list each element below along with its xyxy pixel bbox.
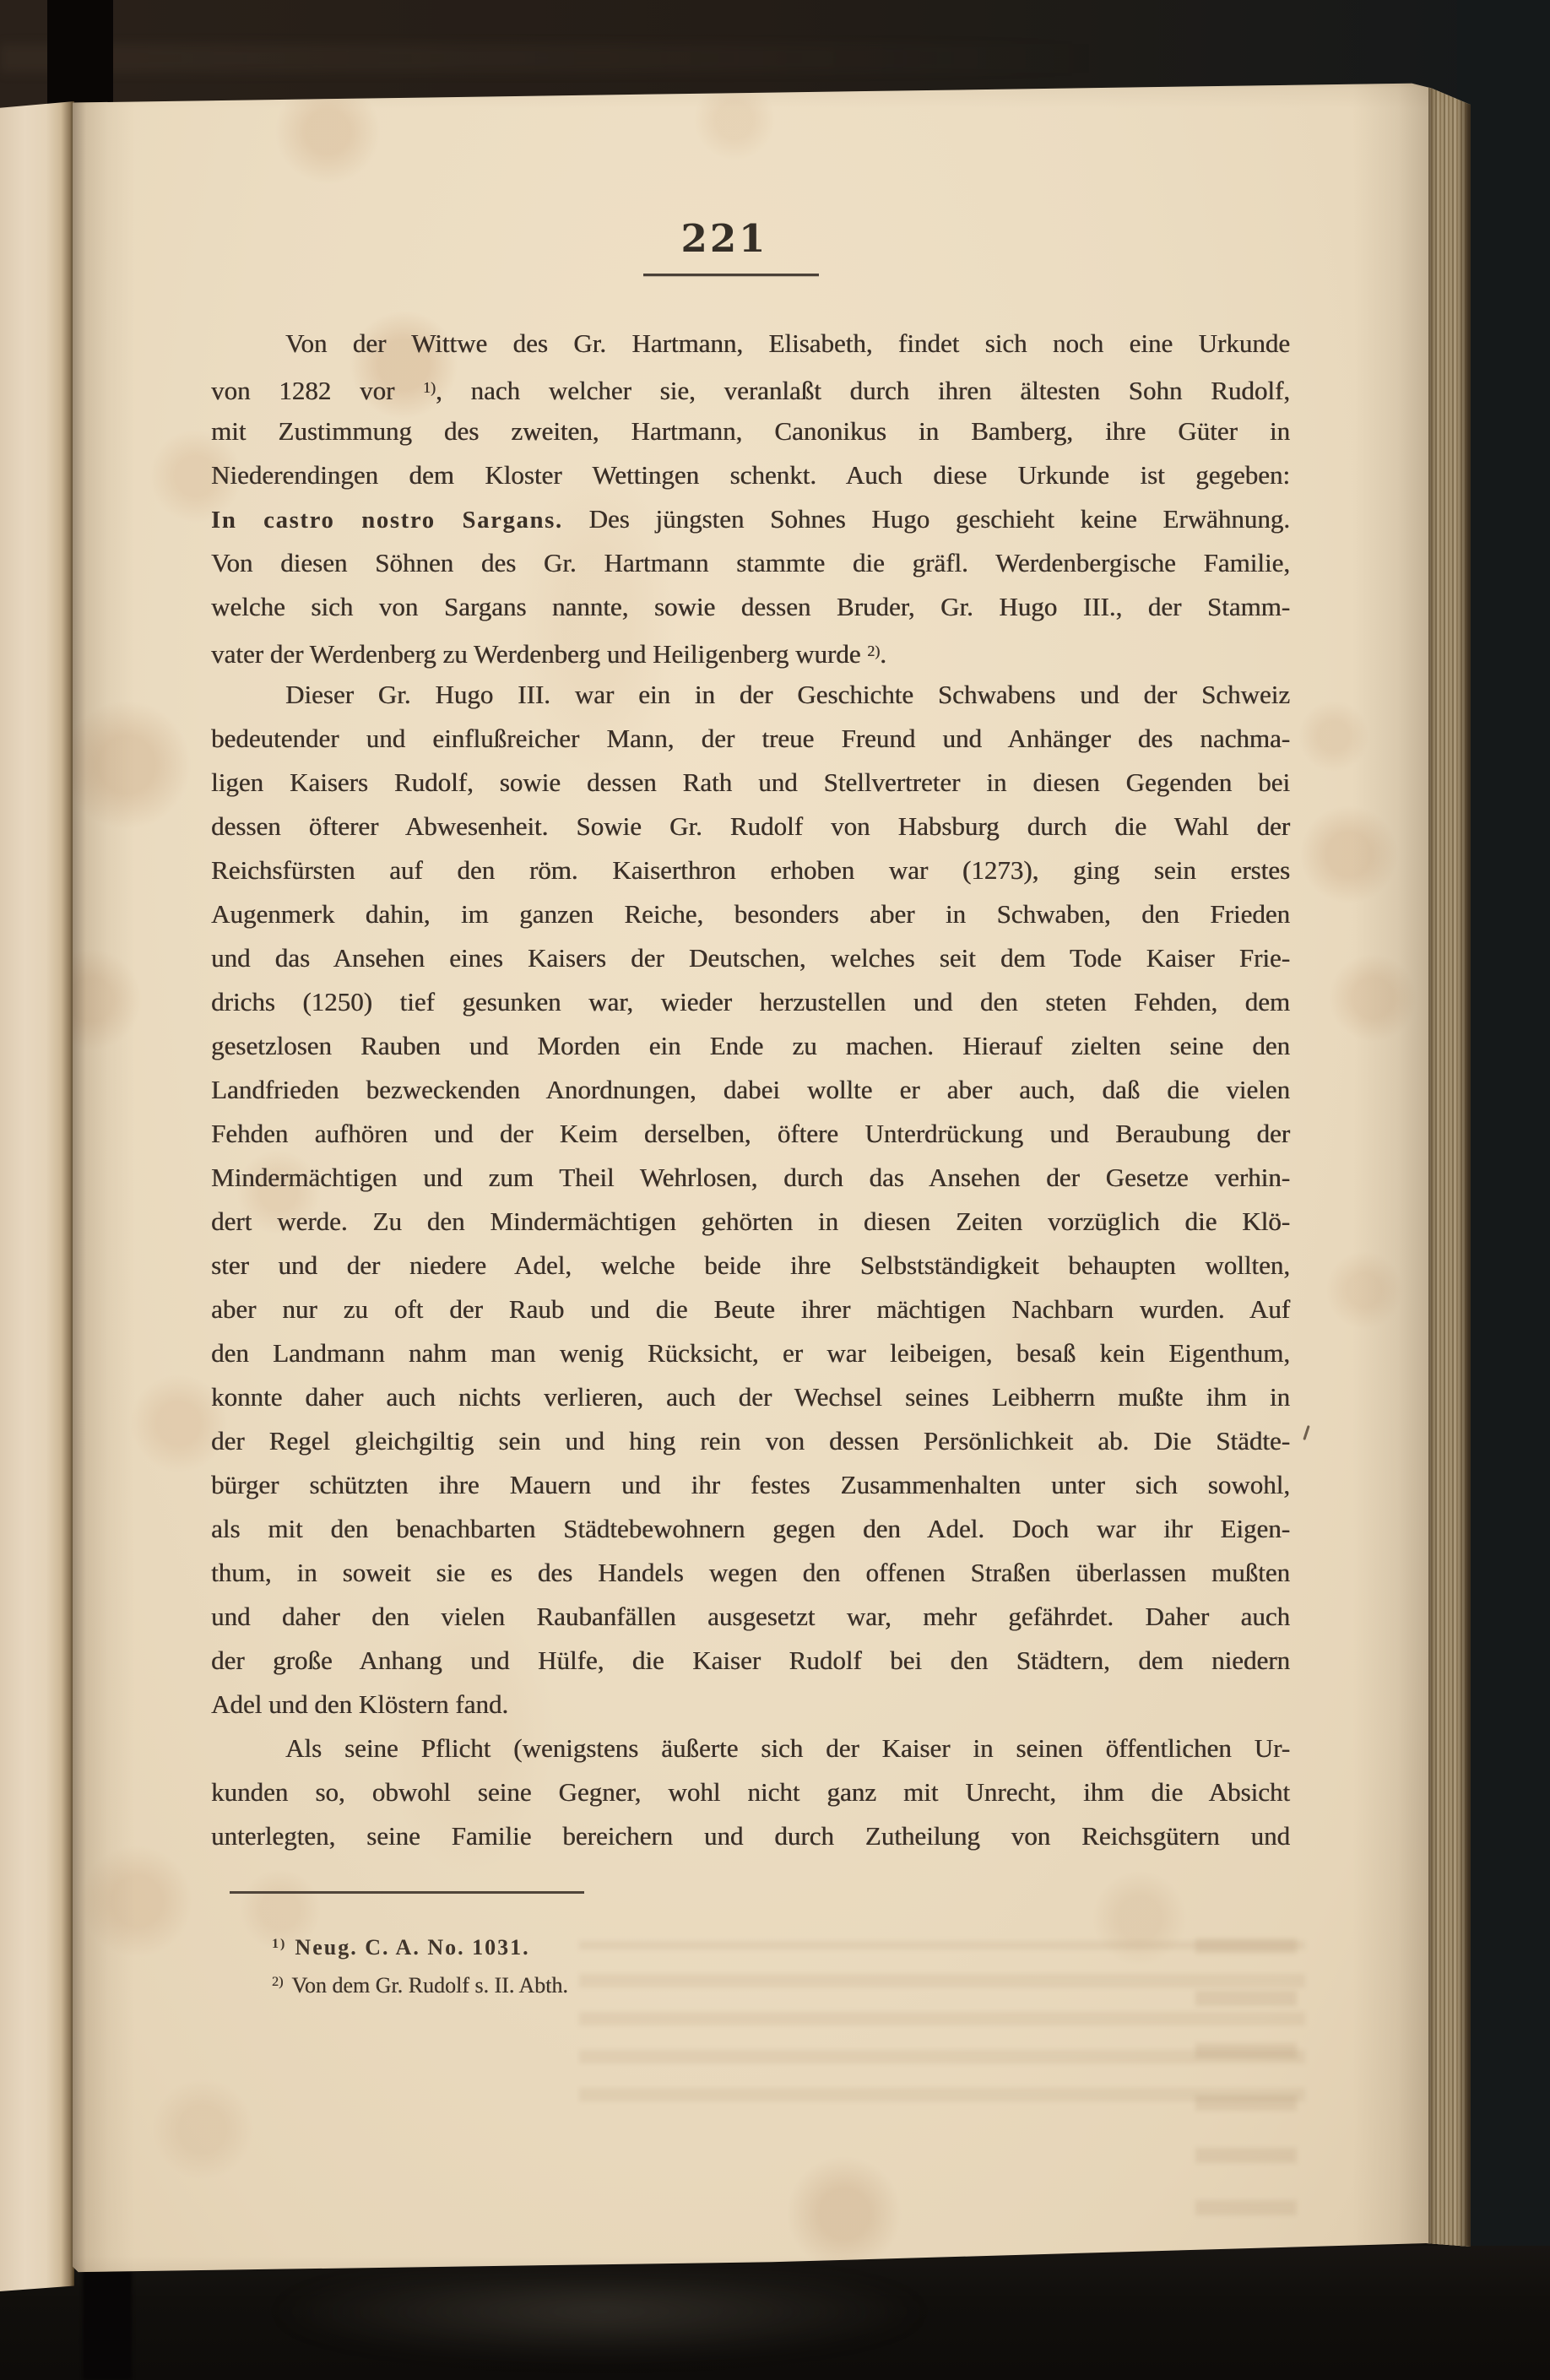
text-line: In castro nostro Sargans. Des jüngsten S…: [211, 497, 1290, 541]
text-line: von 1282 vor 1), nach welcher sie, veran…: [211, 366, 1290, 409]
scan-background: { "page": { "number": "221", "colors": {…: [0, 0, 1550, 2380]
text-segment: der Regel gleichgiltig sein und hing rei…: [211, 1426, 1290, 1456]
text-line: aber nur zu oft der Raub und die Beute i…: [211, 1288, 1290, 1331]
text-line: mit Zustimmung des zweiten, Hartmann, Ca…: [211, 409, 1290, 453]
text-segment: und das Ansehen eines Kaisers der Deutsc…: [211, 943, 1290, 973]
footnote-text: Von dem Gr. Rudolf s. II. Abth.: [291, 1973, 567, 1998]
margin-ink-mark: [1303, 1425, 1309, 1440]
text-segment: bedeutender und einflußreicher Mann, der…: [211, 724, 1290, 753]
text-line: konnte daher auch nichts verlieren, auch…: [211, 1375, 1290, 1419]
text-segment: .: [880, 639, 886, 669]
text-segment: konnte daher auch nichts verlieren, auch…: [211, 1382, 1290, 1412]
text-segment: Niederendingen dem Kloster Wettingen sch…: [211, 460, 1290, 490]
text-line: dessen öfterer Abwesenheit. Sowie Gr. Ru…: [211, 805, 1290, 848]
text-line: ster und der niedere Adel, welche beide …: [211, 1244, 1290, 1288]
text-line: gesetzlosen Rauben und Morden ein Ende z…: [211, 1024, 1290, 1068]
text-segment: bürger schützten ihre Mauern und ihr fes…: [211, 1470, 1290, 1499]
text-segment: drichs (1250) tief gesunken war, wieder …: [211, 987, 1290, 1017]
text-segment: welche sich von Sargans nannte, sowie de…: [211, 592, 1290, 621]
text-line: Fehden aufhören und der Keim derselben, …: [211, 1112, 1290, 1156]
backdrop-right: [1457, 0, 1550, 2380]
page-number: 221: [556, 216, 893, 262]
text-line: Von der Wittwe des Gr. Hartmann, Elisabe…: [211, 322, 1290, 366]
footnote-reference: 1): [423, 379, 436, 396]
text-line: Adel und den Klöstern fand.: [211, 1683, 1290, 1727]
text-line: Augenmerk dahin, im ganzen Reiche, beson…: [211, 892, 1290, 936]
text-line: kunden so, obwohl seine Gegner, wohl nic…: [211, 1770, 1290, 1814]
paragraph: Von der Wittwe des Gr. Hartmann, Elisabe…: [211, 322, 1290, 673]
footnote-marker: 2): [272, 1975, 283, 1989]
text-segment: mit Zustimmung des zweiten, Hartmann, Ca…: [211, 416, 1290, 446]
body-text: Von der Wittwe des Gr. Hartmann, Elisabe…: [211, 322, 1290, 1858]
footnotes: 1)Neug. C. A. No. 1031.2)Von dem Gr. Rud…: [272, 1925, 1200, 2001]
text-segment: dessen öfterer Abwesenheit. Sowie Gr. Ru…: [211, 811, 1290, 841]
text-segment: Adel und den Klöstern fand.: [211, 1689, 508, 1719]
backdrop-spine-gap: [47, 0, 113, 113]
text-line: als mit den benachbarten Städtebewohnern…: [211, 1507, 1290, 1551]
book-page: 221 Von der Wittwe des Gr. Hartmann, Eli…: [73, 79, 1471, 2293]
text-line: bürger schützten ihre Mauern und ihr fes…: [211, 1463, 1290, 1507]
text-segment: gesetzlosen Rauben und Morden ein Ende z…: [211, 1031, 1290, 1060]
text-segment: vater der Werdenberg zu Werdenberg und H…: [211, 639, 867, 669]
text-segment: von 1282 vor: [211, 376, 423, 405]
text-line: Niederendingen dem Kloster Wettingen sch…: [211, 453, 1290, 497]
text-line: dert werde. Zu den Mindermächtigen gehör…: [211, 1200, 1290, 1244]
text-segment: der große Anhang und Hülfe, die Kaiser R…: [211, 1645, 1290, 1675]
text-line: Landfrieden bezweckenden Anordnungen, da…: [211, 1068, 1290, 1112]
text-line: Mindermächtigen und zum Theil Wehrlosen,…: [211, 1156, 1290, 1200]
text-line: Von diesen Söhnen des Gr. Hartmann stamm…: [211, 541, 1290, 585]
text-line: der Regel gleichgiltig sein und hing rei…: [211, 1419, 1290, 1463]
text-segment: kunden so, obwohl seine Gegner, wohl nic…: [211, 1777, 1290, 1807]
fore-edge-page-stack: [1428, 79, 1471, 2293]
footnote-separator-rule: [230, 1891, 584, 1894]
paragraph: Dieser Gr. Hugo III. war ein in der Gesc…: [211, 673, 1290, 1727]
text-line: den Landmann nahm man wenig Rücksicht, e…: [211, 1331, 1290, 1375]
text-segment: dert werde. Zu den Mindermächtigen gehör…: [211, 1206, 1290, 1236]
text-segment: Als seine Pflicht (wenigstens äußerte si…: [285, 1733, 1290, 1763]
footnote-text: Neug. C. A. No. 1031.: [295, 1935, 529, 1960]
paragraph: Als seine Pflicht (wenigstens äußerte si…: [211, 1727, 1290, 1858]
text-segment: ligen Kaisers Rudolf, sowie dessen Rath …: [211, 767, 1290, 797]
text-segment: ster und der niedere Adel, welche beide …: [211, 1250, 1290, 1280]
text-segment: Dieser Gr. Hugo III. war ein in der Gesc…: [285, 680, 1290, 709]
footnote: 1)Neug. C. A. No. 1031.: [272, 1925, 1200, 1963]
showthrough-text-ghost: [1195, 1928, 1297, 2215]
latin-phrase: In castro nostro Sargans.: [211, 507, 563, 534]
footnote: 2)Von dem Gr. Rudolf s. II. Abth.: [272, 1963, 1200, 2001]
text-segment: Von der Wittwe des Gr. Hartmann, Elisabe…: [285, 328, 1290, 358]
backdrop-smear: [0, 44, 1097, 73]
text-line: der große Anhang und Hülfe, die Kaiser R…: [211, 1639, 1290, 1683]
text-line: thum, in soweit sie es des Handels wegen…: [211, 1551, 1290, 1595]
text-segment: Reichsfürsten auf den röm. Kaiserthron e…: [211, 855, 1290, 885]
text-segment: Landfrieden bezweckenden Anordnungen, da…: [211, 1075, 1290, 1104]
text-segment: aber nur zu oft der Raub und die Beute i…: [211, 1294, 1290, 1324]
text-line: und daher den vielen Raubanfällen ausges…: [211, 1595, 1290, 1639]
text-line: Dieser Gr. Hugo III. war ein in der Gesc…: [211, 673, 1290, 717]
text-line: welche sich von Sargans nannte, sowie de…: [211, 585, 1290, 629]
text-segment: und daher den vielen Raubanfällen ausges…: [211, 1602, 1290, 1631]
text-segment: den Landmann nahm man wenig Rücksicht, e…: [211, 1338, 1290, 1368]
footnote-marker: 1): [272, 1937, 286, 1951]
text-segment: thum, in soweit sie es des Handels wegen…: [211, 1558, 1290, 1587]
text-segment: Des jüngsten Sohnes Hugo geschieht keine…: [563, 504, 1290, 534]
text-line: Als seine Pflicht (wenigstens äußerte si…: [211, 1727, 1290, 1770]
page-number-rule: [643, 274, 819, 276]
backdrop-gutter-shadow: [83, 2269, 132, 2380]
footnote-reference: 2): [867, 642, 880, 659]
text-line: bedeutender und einflußreicher Mann, der…: [211, 717, 1290, 761]
text-segment: als mit den benachbarten Städtebewohnern…: [211, 1514, 1290, 1543]
text-line: vater der Werdenberg zu Werdenberg und H…: [211, 629, 1290, 673]
text-segment: Von diesen Söhnen des Gr. Hartmann stamm…: [211, 548, 1290, 577]
text-line: unterlegten, seine Familie bereichern un…: [211, 1814, 1290, 1858]
text-segment: unterlegten, seine Familie bereichern un…: [211, 1821, 1290, 1851]
text-segment: Mindermächtigen und zum Theil Wehrlosen,…: [211, 1163, 1290, 1192]
text-segment: , nach welcher sie, veranlaßt durch ihre…: [436, 376, 1290, 405]
text-line: drichs (1250) tief gesunken war, wieder …: [211, 980, 1290, 1024]
text-line: Reichsfürsten auf den röm. Kaiserthron e…: [211, 848, 1290, 892]
text-line: und das Ansehen eines Kaisers der Deutsc…: [211, 936, 1290, 980]
text-segment: Augenmerk dahin, im ganzen Reiche, beson…: [211, 899, 1290, 929]
text-segment: Fehden aufhören und der Keim derselben, …: [211, 1119, 1290, 1148]
facing-page-edge: [0, 101, 74, 2291]
backdrop-bottom-smudge: [270, 2280, 929, 2360]
text-line: ligen Kaisers Rudolf, sowie dessen Rath …: [211, 761, 1290, 805]
